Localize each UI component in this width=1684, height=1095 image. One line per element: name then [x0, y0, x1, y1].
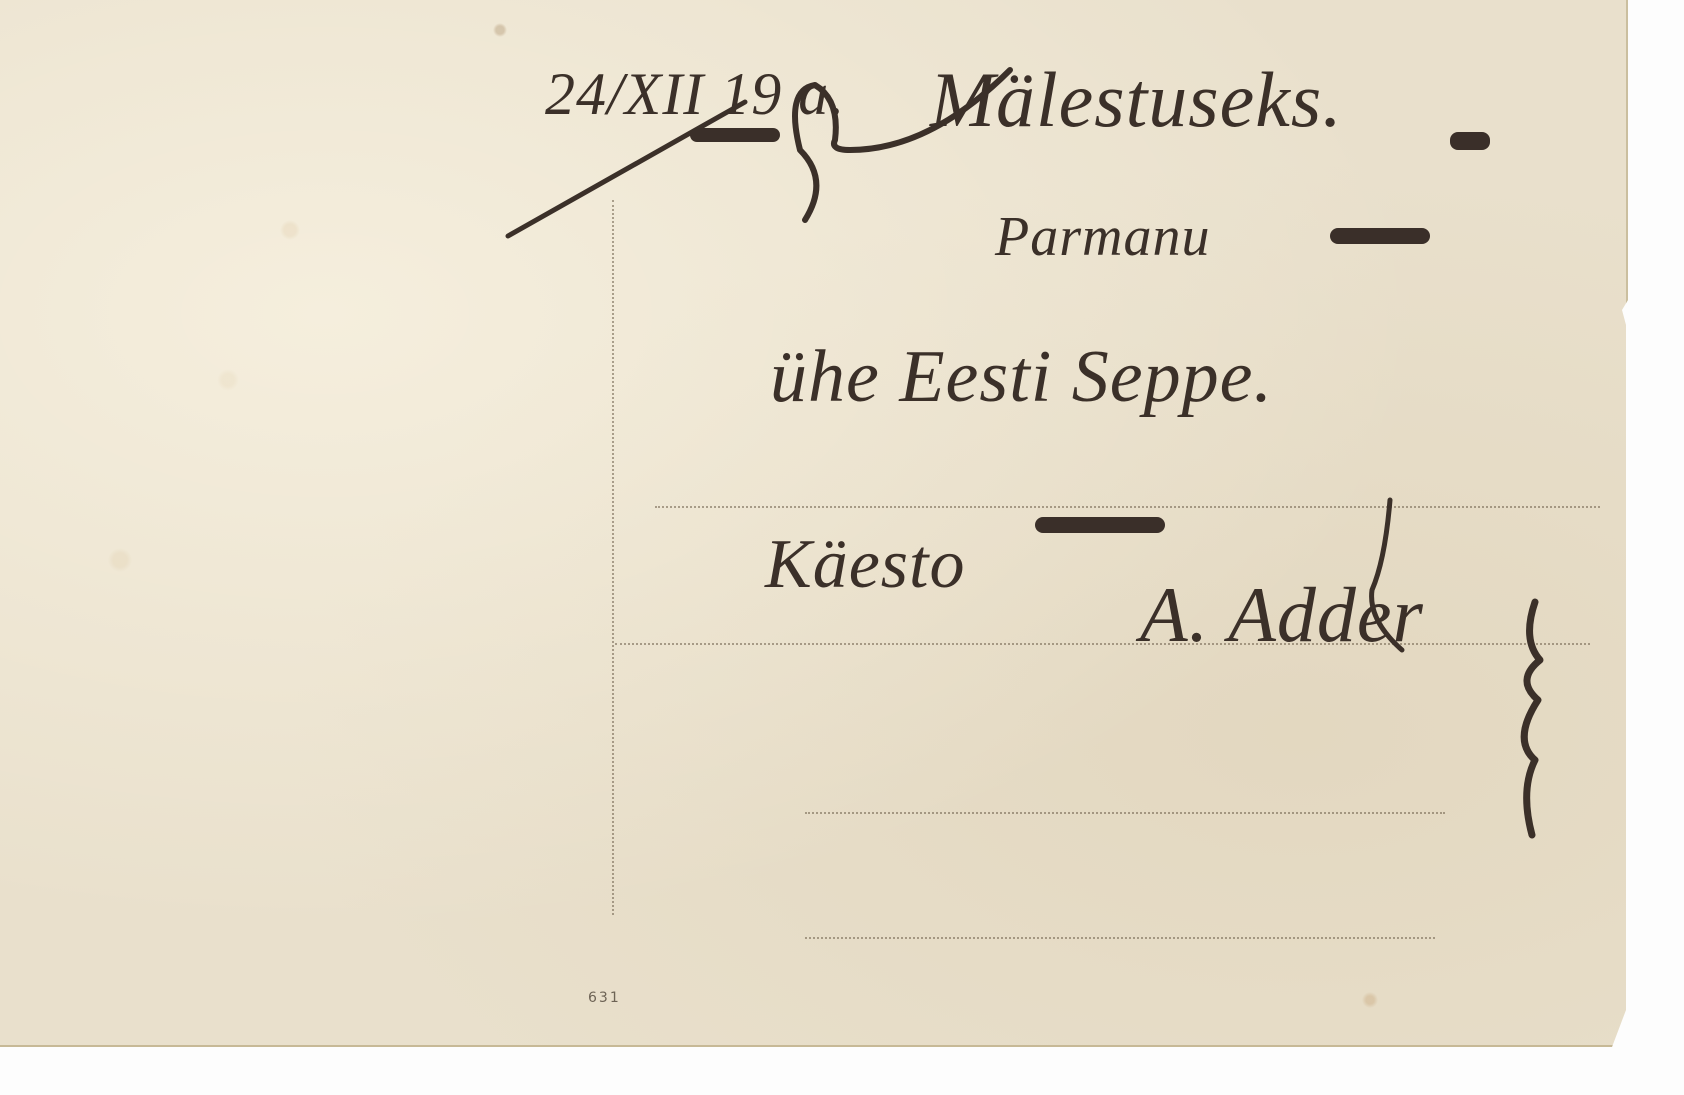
handwriting-strokes: [0, 0, 1626, 1045]
line-3-text: ühe Eesti Seppe.: [770, 335, 1273, 420]
ink-blot: [1450, 132, 1490, 150]
line-4-text: Käesto: [765, 525, 965, 605]
underline-stroke: [690, 128, 780, 142]
printed-mark: 631: [588, 990, 621, 1006]
postcard-back: 24/XII 19 a. Mälestuseks. Parmanu ühe Ee…: [0, 0, 1628, 1047]
line-2-text: Parmanu: [995, 205, 1210, 269]
signature-text: A. Adder: [1140, 570, 1424, 660]
date-text: 24/XII 19 a.: [545, 60, 845, 129]
dash-stroke: [1330, 228, 1430, 244]
line-1-text: Mälestuseks.: [930, 55, 1343, 145]
dash-stroke: [1035, 517, 1165, 533]
